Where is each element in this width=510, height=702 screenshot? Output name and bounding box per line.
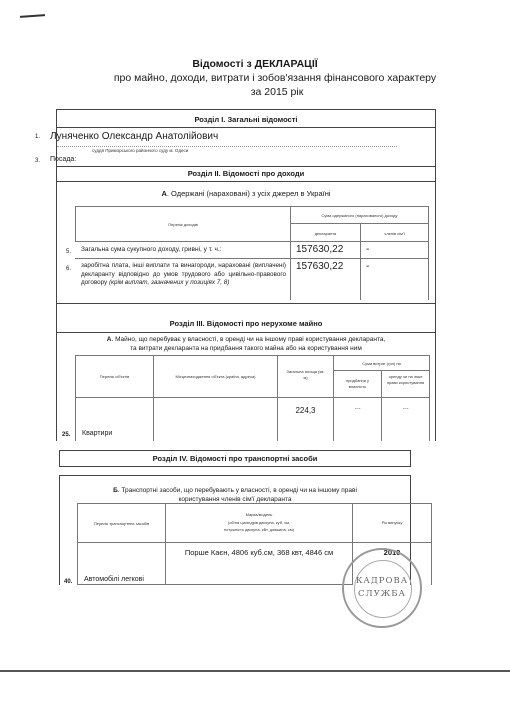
estate-col-area-header: Загальна площа (кв. м) <box>277 355 334 398</box>
income-col-list-header: Перелік доходів <box>75 206 291 242</box>
vehicle-row-40-type: Автомобілі легкові <box>77 542 166 585</box>
declarant-name: Луняченко Олександр Анатолійович <box>50 131 218 142</box>
subsection-4b: Б. Транспортні засоби, що перебувають у … <box>60 486 410 504</box>
subsection-3a: А. Майно, що перебуває у власності, в ор… <box>57 335 435 353</box>
income-col-declarant-header: декларанта <box>290 223 361 242</box>
estate-col-rent-header: оренду чи на інше право користування <box>381 370 430 398</box>
income-row-6-number: 6. <box>66 266 71 272</box>
estate-row-25-rent: --- <box>381 397 430 441</box>
subsection-2a: А. Одержані (нараховані) з усіх джерел в… <box>57 189 435 198</box>
section-4-title-box: Розділ IV. Відомості про транспортні зас… <box>59 450 411 467</box>
vehicle-row-40-number: 40. <box>64 579 72 585</box>
document-title: Відомості з ДЕКЛАРАЦІЇ <box>0 58 510 70</box>
income-col-family-header: членів сім'ї <box>360 223 429 242</box>
section-1-title: Розділ І. Загальні відомості <box>57 115 435 124</box>
income-row-6-family: - <box>360 258 429 300</box>
estate-row-25-purchase: --- <box>333 397 382 441</box>
vehicle-col-model-header: Марка/модель (об'єм циліндрів двигуна, к… <box>165 503 353 543</box>
estate-col-location-header: Місцезнаходження об'єкта (країна, адреса… <box>153 355 278 398</box>
section-2-title: Розділ ІІ. Відомості про доходи <box>57 169 435 178</box>
section-3-title: Розділ ІІІ. Відомості про нерухоме майно <box>57 319 435 328</box>
income-row-5-label: Загальна сума сукупного доходу, гривні, … <box>75 241 291 259</box>
position-caption: суддя Приморського районного суду м. Оде… <box>92 148 188 153</box>
page-bottom-edge <box>0 670 510 672</box>
position-label: Посада: <box>50 156 76 163</box>
income-col-sum-header: Сума одержаного (нарахованого) доходу <box>290 206 429 224</box>
vehicle-col-year-header: Рік випуску <box>352 503 432 543</box>
income-row-6-declarant: 157630,22 <box>290 258 361 300</box>
row-1-number: 1. <box>35 134 40 140</box>
estate-row-25-object: Квартири <box>75 397 154 441</box>
hr-department-stamp: КАДРОВА СЛУЖБА <box>342 548 422 628</box>
income-row-5-declarant: 157630,22 <box>290 241 361 259</box>
estate-col-object-header: Перелік об'єктів <box>75 355 154 398</box>
vehicle-col-list-header: Перелік транспортних засобів <box>77 503 166 543</box>
estate-row-25-area: 224,3 <box>277 397 334 441</box>
estate-col-expenses-header: Сума витрат (грн) на <box>333 355 430 371</box>
document-year: за 2015 рік <box>22 86 510 98</box>
estate-col-purchase-header: придбання у власність <box>333 370 382 398</box>
vehicle-row-40-model: Порше Каєн, 4806 куб.см, 368 квт, 4846 с… <box>165 542 353 585</box>
section-4-title: Розділ IV. Відомості про транспортні зас… <box>60 451 410 463</box>
income-row-6-label: заробітна плата, інші виплати та винагор… <box>75 258 291 300</box>
estate-row-25-location <box>153 397 278 441</box>
pen-mark <box>20 14 45 18</box>
estate-row-25-number: 25. <box>62 432 70 438</box>
income-row-5-family: - <box>360 241 429 259</box>
income-row-5-number: 5. <box>66 249 71 255</box>
row-3-number: 3. <box>35 158 40 164</box>
document-subtitle: про майно, доходи, витрати і зобов'язанн… <box>20 72 510 84</box>
